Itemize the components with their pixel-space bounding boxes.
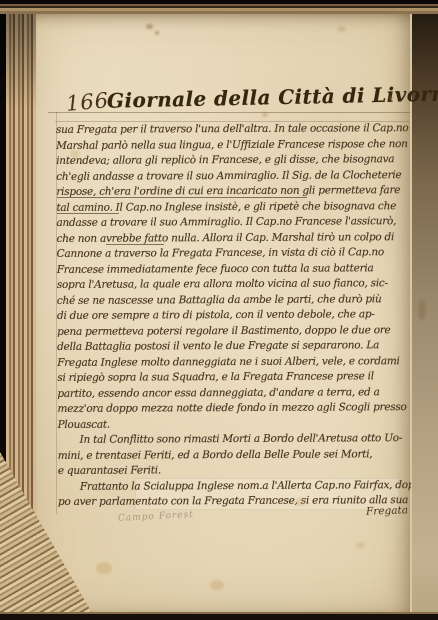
manuscript-lines: sua Fregata per il traverso l'una dell'a… (56, 121, 411, 513)
book-top-edge (0, 0, 438, 14)
foxing-spot (356, 542, 365, 549)
foxing-spot (418, 300, 426, 320)
manuscript-line: e quarantasei Feriti. (58, 462, 411, 479)
manuscript-line: Frattanto la Scialuppa Inglese nom.a l'A… (58, 478, 411, 495)
foxing-spot (155, 31, 159, 35)
manuscript-line: di due ore sempre a tiro di pistola, con… (57, 307, 410, 324)
foxing-spot (337, 26, 346, 32)
manuscript-line: sopra l'Aretusa, la quale era allora mol… (57, 276, 410, 293)
manuscript-line: si ripiegò sopra la sua Squadra, e la Fr… (57, 369, 410, 386)
ink-underline (57, 197, 307, 198)
manuscript-line: Marshal parlò nella sua lingua, e l'Uffi… (56, 137, 409, 154)
manuscript-line: della Battaglia postosi il vento le due … (57, 338, 410, 355)
foxing-spot (388, 96, 393, 100)
manuscript-line: In tal Conflitto sono rimasti Morti a Bo… (58, 431, 411, 448)
foxing-spot (210, 580, 224, 590)
book-bottom-edge (0, 612, 438, 620)
manuscript-line: mini, e trentasei Feriti, ed a Bordo del… (58, 447, 411, 464)
foxing-spot (295, 498, 306, 506)
manuscript-photo: 166 Giornale della Città di Livorno sua … (0, 0, 438, 620)
ink-underline (106, 244, 164, 245)
foxing-spot (70, 150, 80, 158)
foxing-spot (146, 24, 153, 29)
manuscript-line: sua Fregata per il traverso l'una dell'a… (56, 121, 409, 138)
foxing-spot (262, 112, 268, 117)
catchword: Fregata (366, 504, 408, 517)
manuscript-line: andasse a trovare il suo Ammiraglio. Il … (56, 214, 409, 231)
manuscript-line: Fregata Inglese molto danneggiata ne i s… (57, 354, 410, 371)
manuscript-line: intendeva; allora gli replicò in Frances… (56, 152, 409, 169)
manuscript-line: Francese immediatamente fece fuoco con t… (57, 261, 410, 278)
manuscript-line: ch'egli andasse a trovare il suo Ammirag… (56, 168, 409, 185)
manuscript-line: po aver parlamentato con la Fregata Fran… (58, 493, 411, 510)
manuscript-line: Plouascat. (58, 416, 411, 433)
page-number: 166 (65, 88, 110, 116)
manuscript-line: Cannone a traverso la Fregata Francese, … (57, 245, 410, 262)
manuscript-line: mezz'ora doppo mezza notte diede fondo i… (57, 400, 410, 417)
manuscript-line: pena permetteva potersi regolare il Bast… (57, 323, 410, 340)
ink-underline (57, 213, 119, 214)
manuscript-line: ché se ne nascesse una Battaglia da ambe… (57, 292, 410, 309)
foxing-spot (96, 562, 112, 574)
manuscript-line: partito, essendo ancor essa danneggiata,… (57, 385, 410, 402)
